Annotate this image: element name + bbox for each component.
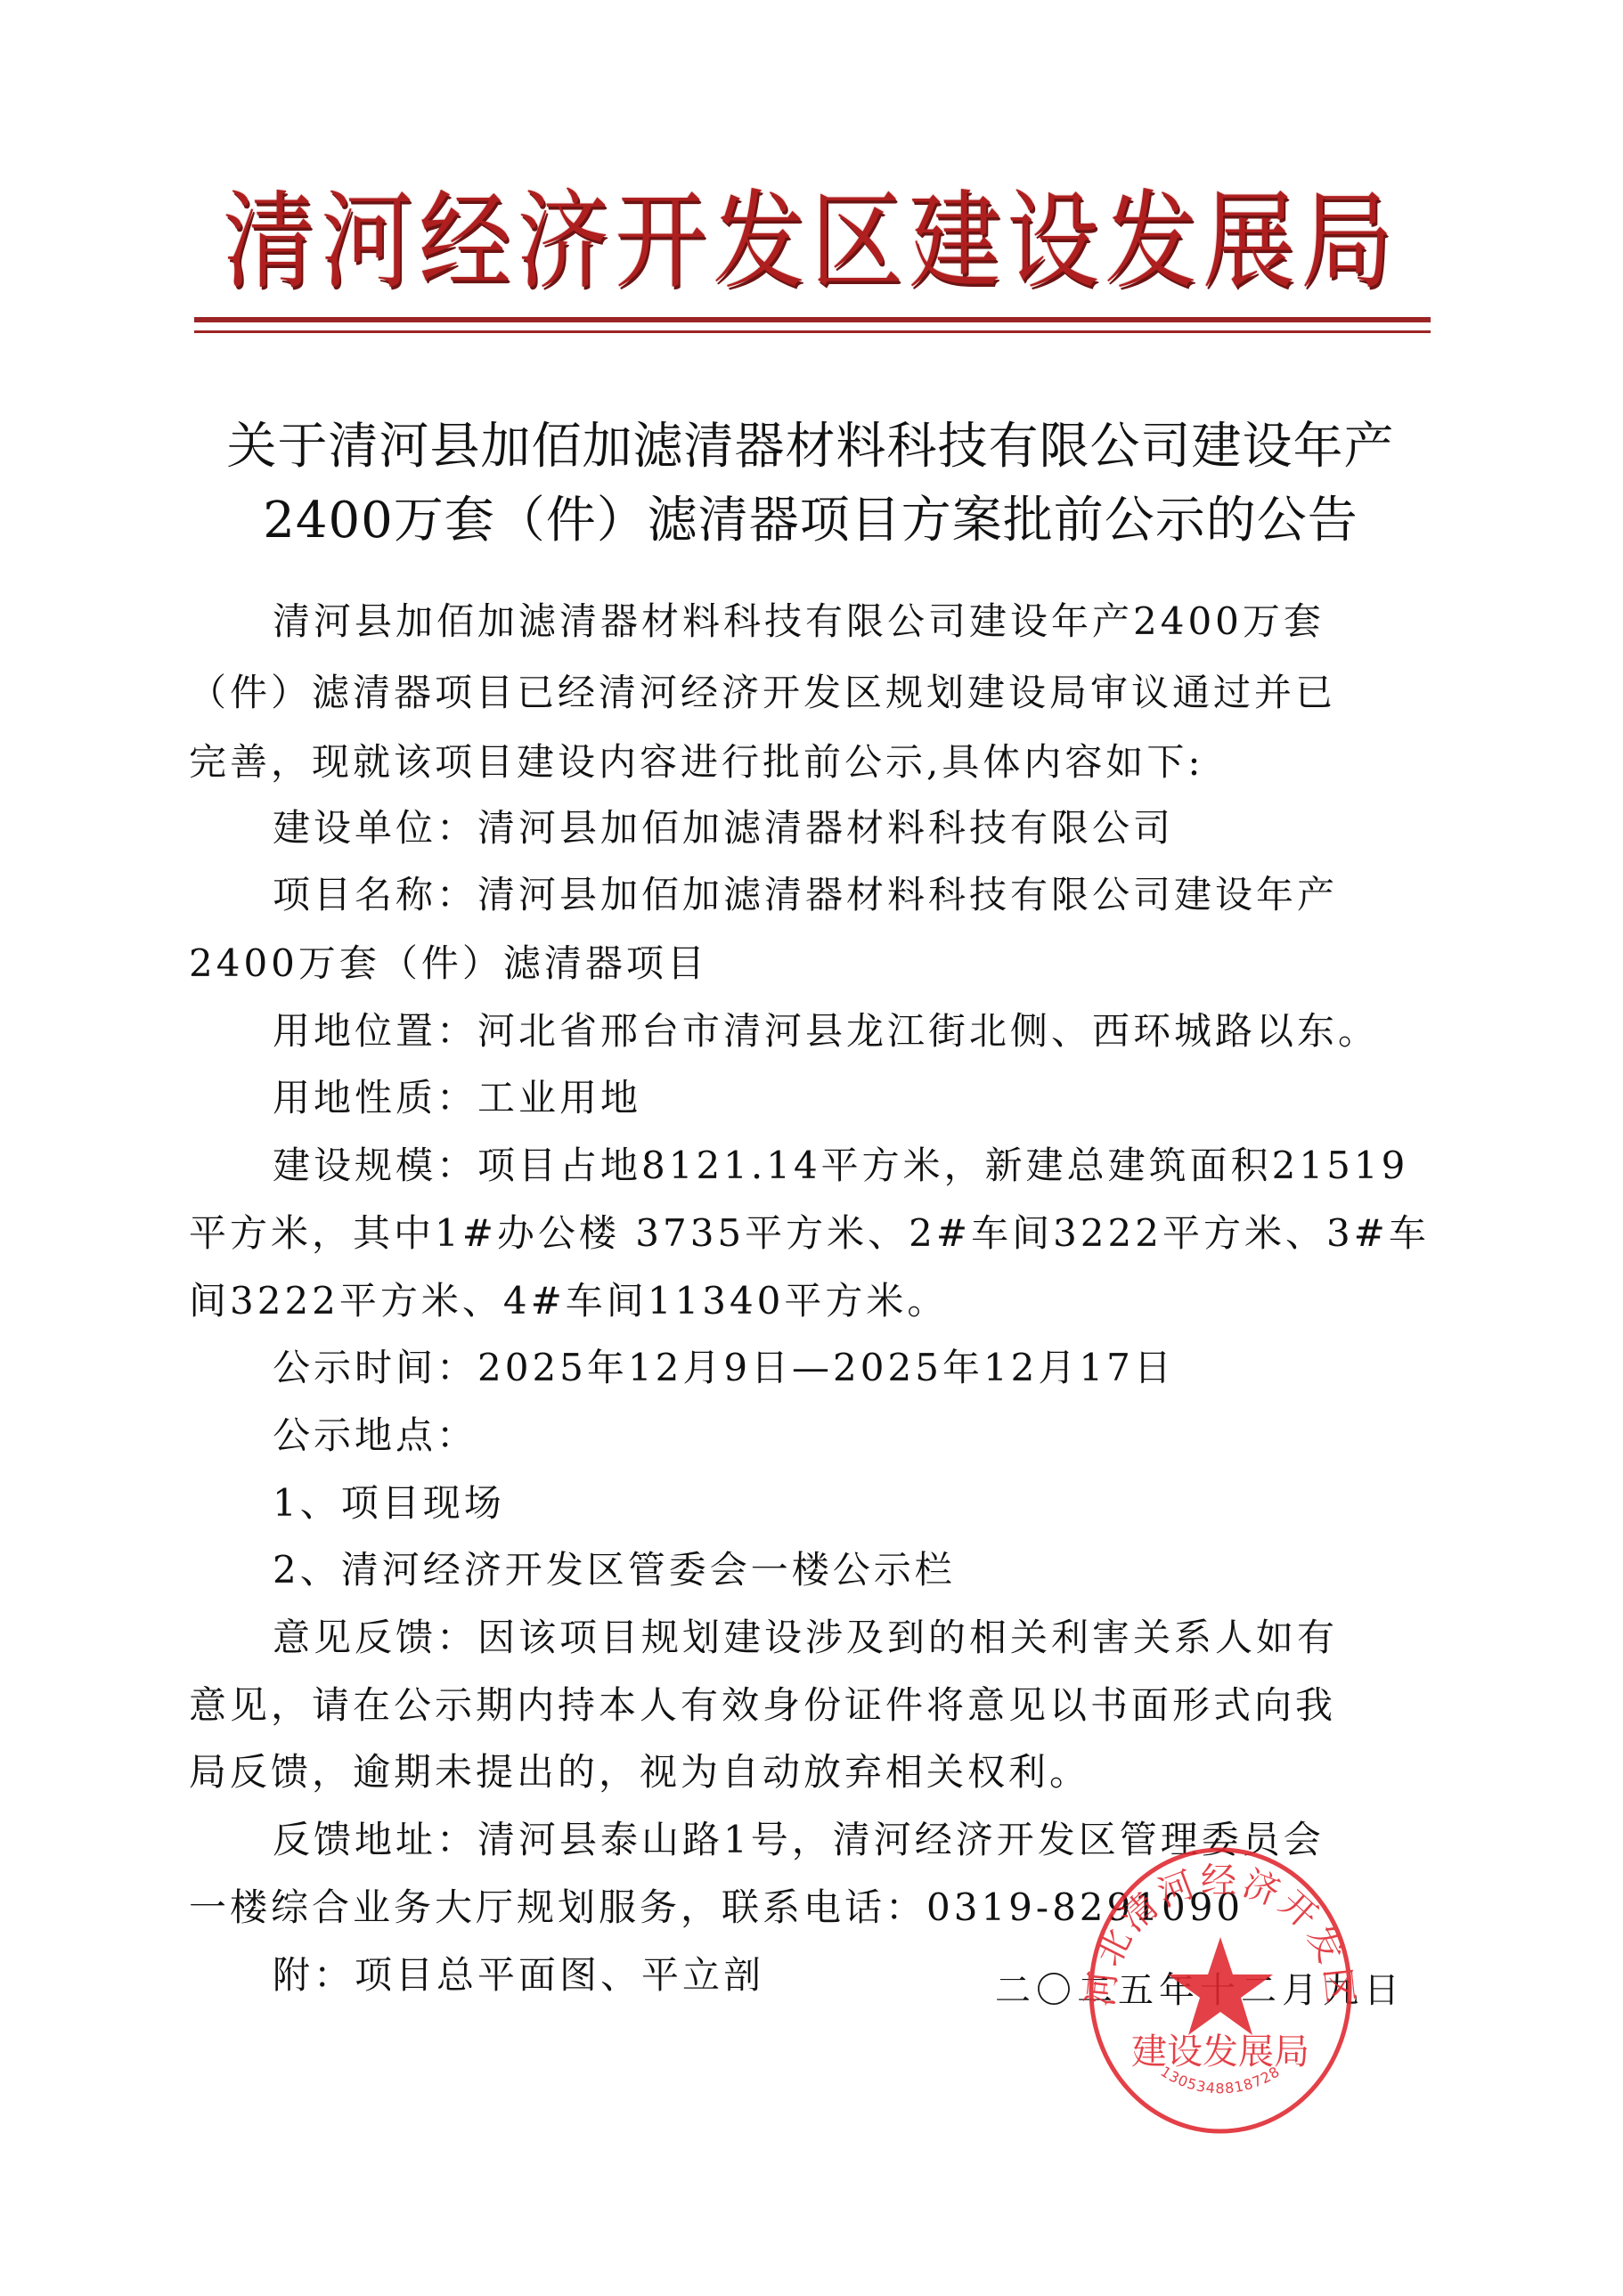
letterhead-rule-thin [194, 330, 1431, 333]
intro-line2: （件）滤清器项目已经清河经济开发区规划建设局审议通过并已 [189, 666, 1436, 720]
publicity-place-item-2: 2、清河经济开发区管委会一楼公示栏 [273, 1543, 1520, 1597]
field-publicity-place-label: 公示地点： [273, 1409, 1520, 1462]
field-project-name-line1: 项目名称：清河县加佰加滤清器材料科技有限公司建设年产 [273, 868, 1520, 922]
field-publicity-time: 公示时间：2025年12月9日—2025年12月17日 [273, 1341, 1520, 1395]
signature-date: 二〇二五年十二月九日 [995, 1964, 1405, 2017]
field-scale-line2: 平方米，其中1#办公楼 3735平方米、2#车间3222平方米、3#车 [189, 1207, 1436, 1260]
field-project-name-line2: 2400万套（件）滤清器项目 [189, 937, 1436, 990]
field-scale-line3: 间3222平方米、4#车间11340平方米。 [189, 1274, 1436, 1328]
letterhead-rule-thick [194, 317, 1431, 322]
field-feedback-line3: 局反馈，逾期未提出的，视为自动放弃相关权利。 [189, 1746, 1436, 1799]
letterhead-org-name: 清河经济开发区建设发展局 [178, 169, 1443, 313]
field-feedback-line1: 意见反馈：因该项目规划建设涉及到的相关利害关系人如有 [273, 1611, 1520, 1665]
intro-line3: 完善，现就该项目建设内容进行批前公示,具体内容如下: [189, 736, 1436, 789]
field-feedback-line2: 意见，请在公示期内持本人有效身份证件将意见以书面形式向我 [189, 1679, 1436, 1732]
stamp-serial-number: 1305348818728 [1158, 2063, 1284, 2097]
field-scale-line1: 建设规模：项目占地8121.14平方米，新建总建筑面积21519 [273, 1139, 1520, 1193]
field-construction-unit: 建设单位：清河县加佰加滤清器材料科技有限公司 [273, 802, 1520, 855]
field-address-line1: 反馈地址：清河县泰山路1号，清河经济开发区管理委员会 [273, 1813, 1520, 1867]
svg-text:1305348818728: 1305348818728 [1158, 2063, 1284, 2097]
field-address-line2: 一楼综合业务大厅规划服务，联系电话：0319-8291090 [189, 1881, 1436, 1934]
field-land-location: 用地位置：河北省邢台市清河县龙江街北侧、西环城路以东。 [273, 1005, 1520, 1058]
intro-line1: 清河县加佰加滤清器材料科技有限公司建设年产2400万套 [273, 595, 1520, 648]
publicity-place-item-1: 1、项目现场 [273, 1477, 1520, 1530]
notice-title-line2: 2400万套（件）滤清器项目方案批前公示的公告 [169, 485, 1452, 557]
notice-title-line1: 关于清河县加佰加滤清器材料科技有限公司建设年产 [169, 411, 1452, 483]
field-land-nature: 用地性质：工业用地 [273, 1071, 1520, 1125]
document-page: 清河经济开发区建设发展局 关于清河县加佰加滤清器材料科技有限公司建设年产 240… [0, 0, 1623, 2296]
stamp-center-text: 建设发展局 [1131, 2031, 1309, 2072]
